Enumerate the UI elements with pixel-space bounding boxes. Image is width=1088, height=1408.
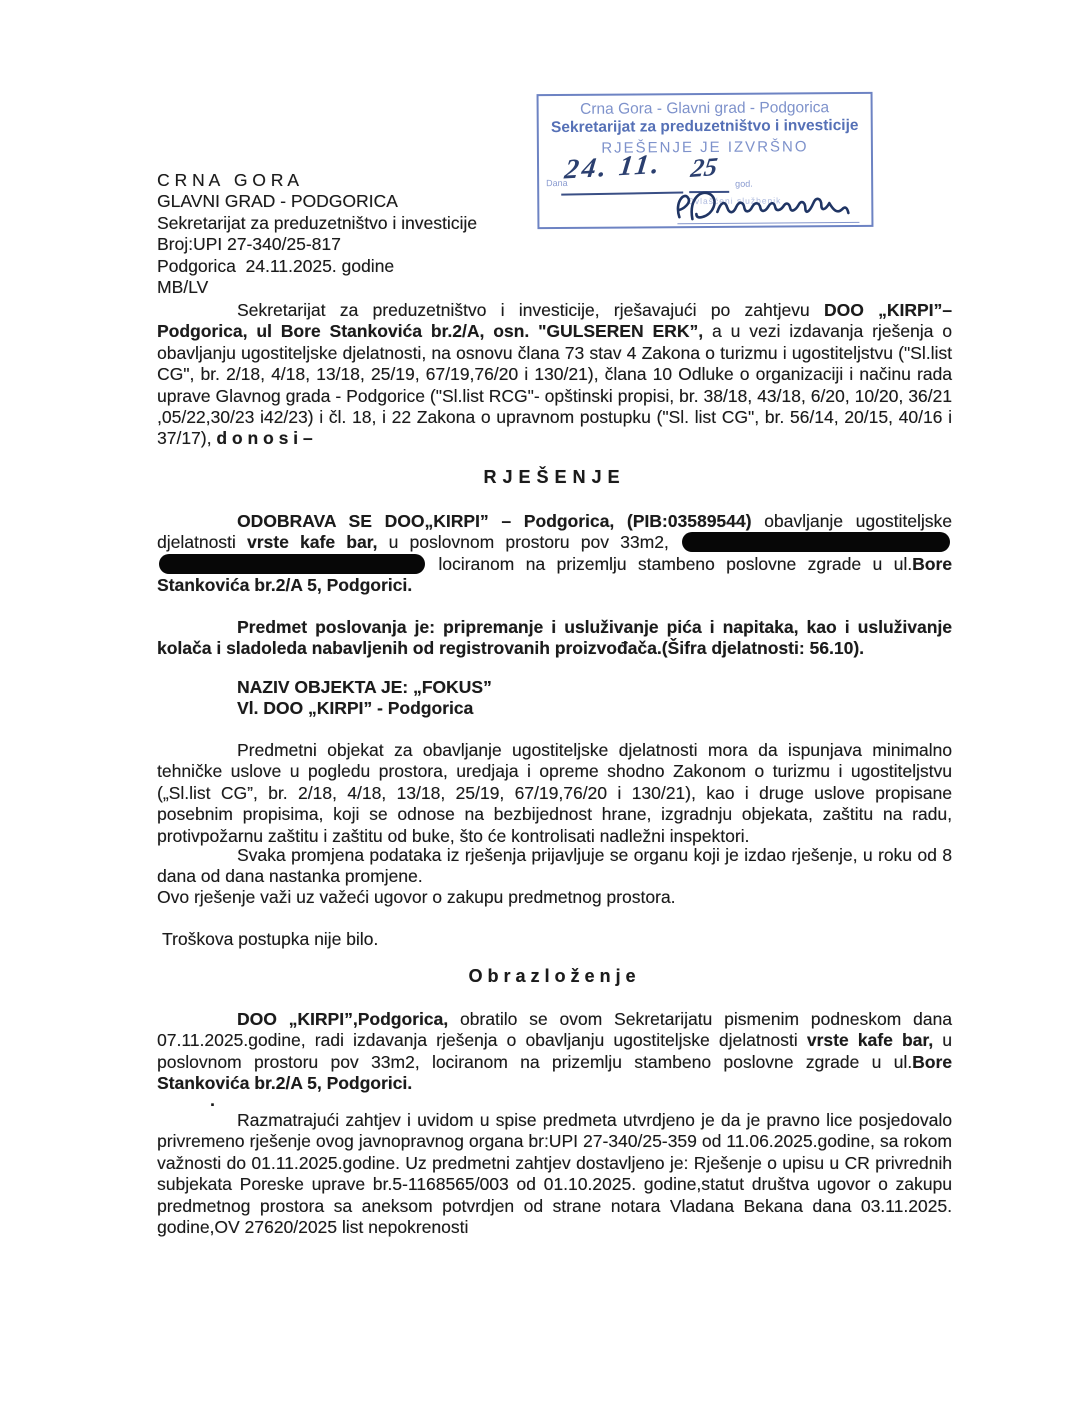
conditions-paragraph: Predmetni objekat za obavljanje ugostite…	[157, 740, 952, 847]
approval-paragraph: ODOBRAVA SE DOO„KIRPI” – Podgorica, (PIB…	[157, 511, 952, 597]
bold-text-run: DOO „KIRPI”,Podgorica,	[237, 1009, 448, 1029]
request-paragraph: DOO „KIRPI”,Podgorica, obratilo se ovom …	[157, 1009, 952, 1095]
letterhead-initials: MB/LV	[157, 277, 477, 298]
bold-text-run: Predmet poslovanja je: pripremanje i usl…	[157, 617, 952, 658]
stamp-handwritten-date: 24. 11.	[563, 149, 664, 187]
letterhead-department: Sekretarijat za preduzetništvo i investi…	[157, 213, 477, 234]
intro-paragraph: Sekretarijat za preduzetništvo i investi…	[157, 300, 952, 450]
bold-text-run: vrste kafe bar,	[807, 1030, 933, 1050]
redaction-bar	[159, 554, 425, 574]
costs-line: Troškova postupka nije bilo.	[162, 929, 378, 950]
change-notice-paragraph: Svaka promjena podataka iz rješenja prij…	[157, 845, 952, 888]
scanned-decision-document: Crna Gora - Glavni grad - Podgorica Sekr…	[0, 0, 1088, 1408]
letterhead-city: GLAVNI GRAD - PODGORICA	[157, 191, 477, 212]
stamp-date-underline	[561, 192, 683, 196]
handwritten-signature	[667, 186, 862, 227]
stamp-authority-line: Crna Gora - Glavni grad - Podgorica	[539, 99, 871, 119]
bold-text-run: ODOBRAVA SE DOO„KIRPI” – Podgorica, (PIB…	[237, 511, 751, 531]
lease-validity-line: Ovo rješenje važi uz važeći ugovor o zak…	[157, 887, 952, 908]
decision-heading: RJEŠENJE	[157, 467, 952, 488]
letterhead-case-number: Broj:UPI 27-340/25-817	[157, 234, 477, 255]
object-owner-line: Vl. DOO „KIRPI” - Podgorica	[237, 698, 952, 719]
object-name-line: NAZIV OBJEKTA JE: „FOKUS”	[237, 677, 952, 698]
execution-stamp: Crna Gora - Glavni grad - Podgorica Sekr…	[537, 92, 874, 229]
text-run: u poslovnom prostoru pov 33m2,	[377, 532, 680, 552]
business-subject-paragraph: Predmet poslovanja je: pripremanje i usl…	[157, 617, 952, 660]
bold-text-run: d o n o s i –	[216, 428, 312, 448]
stamp-handwritten-year: 25	[689, 152, 719, 184]
letterhead-country: C R N A G O R A	[157, 170, 477, 191]
text-run: Sekretarijat za preduzetništvo i investi…	[237, 300, 824, 320]
letterhead: C R N A G O R A GLAVNI GRAD - PODGORICA …	[157, 170, 477, 298]
object-name-block: NAZIV OBJEKTA JE: „FOKUS” Vl. DOO „KIRPI…	[157, 677, 952, 720]
letterhead-place-date: Podgorica 24.11.2025. godine	[157, 256, 477, 277]
explanation-heading: Obrazloženje	[157, 966, 952, 987]
stamp-department-line: Sekretarijat za preduzetništvo i investi…	[539, 117, 871, 137]
text-run: lociranom na prizemlju stambeno poslovne…	[427, 554, 912, 574]
review-paragraph: Razmatrajući zahtjev i uvidom u spise pr…	[157, 1110, 952, 1238]
bold-text-run: vrste kafe bar,	[247, 532, 377, 552]
redaction-bar	[682, 532, 950, 552]
stray-dot: .	[210, 1090, 215, 1111]
